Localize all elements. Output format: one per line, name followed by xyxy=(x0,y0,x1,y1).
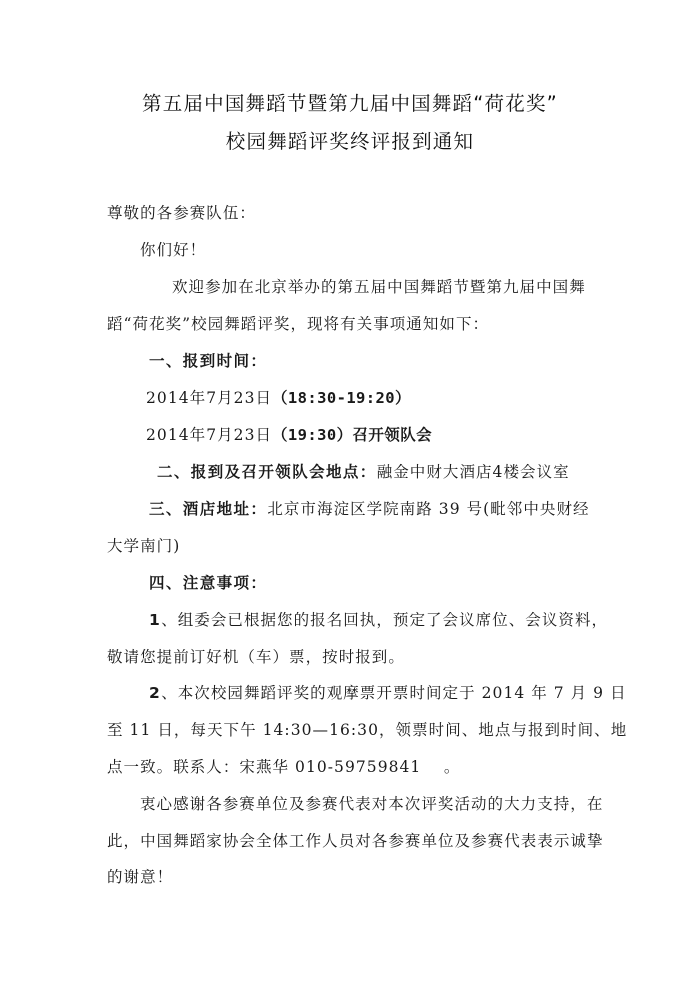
note-1-line-2: 敬请您提前订好机（车）票，按时报到。 xyxy=(107,646,405,668)
section-3-heading: 三、酒店地址： xyxy=(149,500,267,518)
intro-line-2: 蹈“荷花奖”校园舞蹈评奖，现将有关事项通知如下： xyxy=(107,313,489,335)
note-1-text: 、组委会已根据您的报名回执，预定了会议席位、会议资料， xyxy=(161,611,608,629)
note-2-text: 、本次校园舞蹈评奖的观摩票开票时间定于 2014 年 7 月 9 日 xyxy=(161,684,626,702)
note-2-line-3: 点一致。联系人：宋燕华 010-59759841 。 xyxy=(107,756,460,778)
note-1-line-1: 1、组委会已根据您的报名回执，预定了会议席位、会议资料， xyxy=(149,609,608,631)
section-2-heading: 二、报到及召开领队会地点： xyxy=(157,463,377,481)
title-line-2: 校园舞蹈评奖终评报到通知 xyxy=(0,130,700,154)
greeting: 你们好！ xyxy=(140,239,206,261)
closing-line-2: 此，中国舞蹈家协会全体工作人员对各参赛单位及参赛代表表示诚挚 xyxy=(107,830,604,852)
note-2-line-2: 至 11 日，每天下午 14:30—16:30，领票时间、地点与报到时间、地 xyxy=(107,719,627,741)
leader-meeting-time: （19:30）召开领队会 xyxy=(272,426,432,444)
section-3: 三、酒店地址：北京市海淀区学院南路 39 号(毗邻中央财经 xyxy=(149,498,590,520)
note-2-line-1: 2、本次校园舞蹈评奖的观摩票开票时间定于 2014 年 7 月 9 日 xyxy=(149,682,627,704)
section-2: 二、报到及召开领队会地点：融金中财大酒店4楼会议室 xyxy=(157,461,570,483)
title-line-1: 第五届中国舞蹈节暨第九届中国舞蹈“荷花奖” xyxy=(0,92,700,116)
section-1-heading: 一、报到时间： xyxy=(149,350,267,372)
section-4-heading: 四、注意事项： xyxy=(149,572,267,594)
closing-line-1: 衷心感谢各参赛单位及参赛代表对本次评奖活动的大力支持，在 xyxy=(140,793,603,815)
document-page: 第五届中国舞蹈节暨第九届中国舞蹈“荷花奖” 校园舞蹈评奖终评报到通知 尊敬的各参… xyxy=(0,0,700,991)
note-2-number: 2 xyxy=(149,684,161,702)
section-2-value: 融金中财大酒店4楼会议室 xyxy=(377,463,570,481)
report-time-item-1: 2014年7月23日（18:30-19:20） xyxy=(146,387,411,409)
report-date-2: 2014年7月23日 xyxy=(146,426,272,444)
hotel-address-line-1: 北京市海淀区学院南路 39 号(毗邻中央财经 xyxy=(267,500,589,518)
report-time-item-2: 2014年7月23日（19:30）召开领队会 xyxy=(146,424,432,446)
closing-line-3: 的谢意！ xyxy=(107,866,173,888)
report-date-1: 2014年7月23日 xyxy=(146,389,272,407)
hotel-address-line-2: 大学南门) xyxy=(107,535,180,557)
note-1-number: 1 xyxy=(149,611,161,629)
intro-line-1: 欢迎参加在北京举办的第五届中国舞蹈节暨第九届中国舞 xyxy=(172,276,586,298)
salutation: 尊敬的各参赛队伍： xyxy=(107,202,256,224)
report-time-range-1: （18:30-19:20） xyxy=(272,389,411,407)
